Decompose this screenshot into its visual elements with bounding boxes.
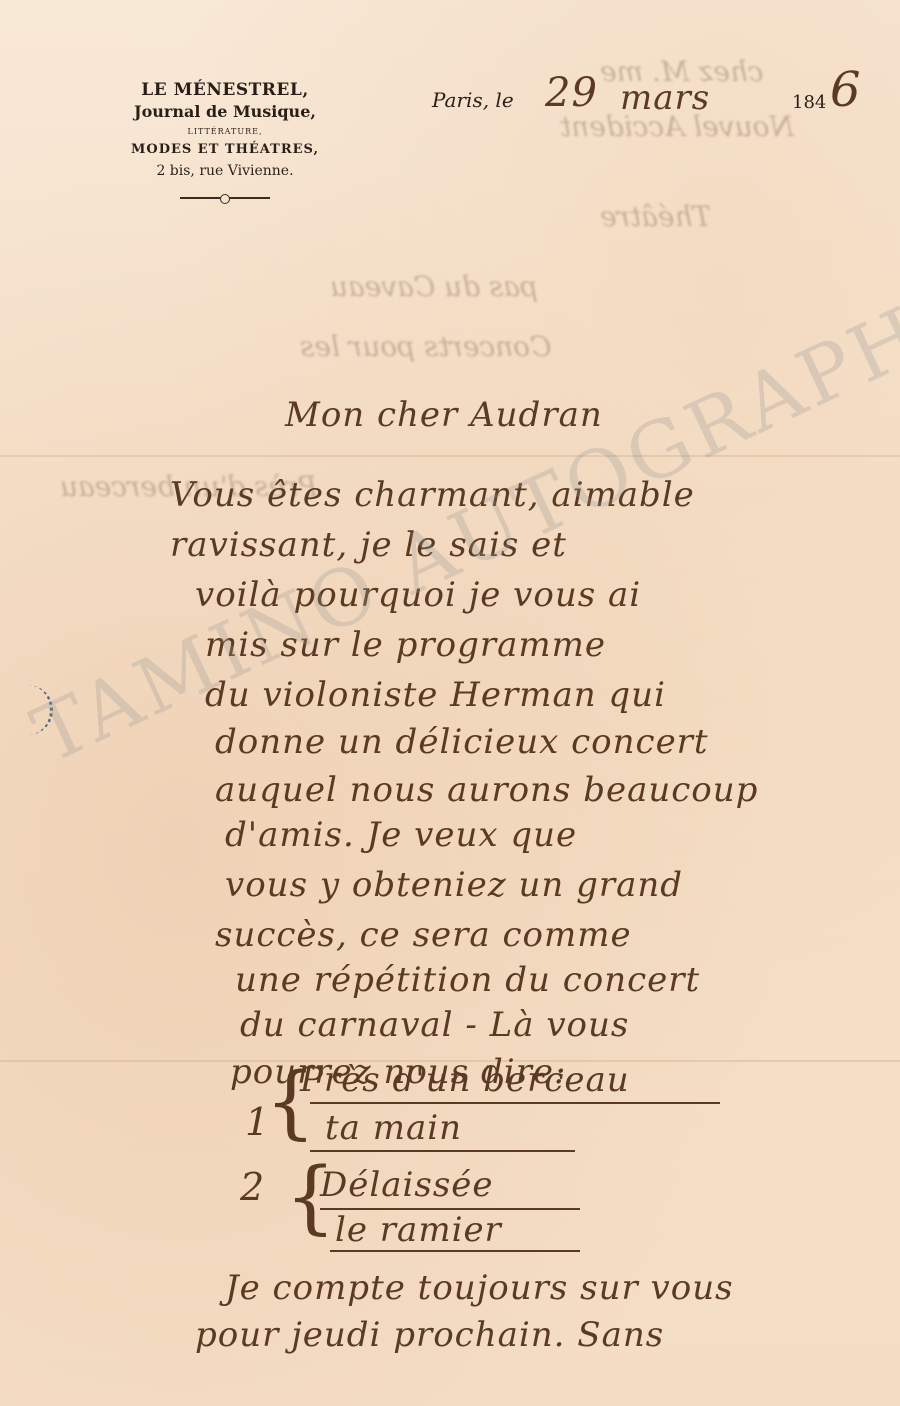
date-place: Paris, le (432, 88, 514, 112)
date-year-printed: 184 (792, 92, 826, 113)
list-2-bottom: le ramier (335, 1210, 502, 1250)
closing-line: Je compte toujours sur vous (225, 1268, 734, 1308)
letter-line: du carnaval - Là vous (240, 1005, 629, 1045)
letter-line: du violoniste Herman qui (205, 675, 666, 715)
letter-line: d'amis. Je veux que (225, 815, 577, 855)
letter-line: donne un délicieux concert (215, 722, 709, 762)
date-month: mars (620, 78, 710, 118)
list-number-2: 2 (240, 1165, 265, 1209)
ornament-divider (180, 197, 270, 199)
list-1-top: Près d'un berceau (300, 1060, 630, 1100)
letterhead-literature: LITTÉRATURE, (110, 127, 340, 136)
letterhead-title: LE MÉNESTREL, (110, 80, 340, 100)
letterhead: LE MÉNESTREL, Journal de Musique, LITTÉR… (110, 80, 340, 199)
bleed-through-text: Théâtre (600, 200, 711, 233)
list-1-rule (310, 1150, 575, 1152)
letter-line: auquel nous aurons beaucoup (215, 770, 758, 810)
bleed-through-text: pas du Caveau (330, 270, 538, 303)
date-year-handwritten: 6 (830, 62, 862, 118)
list-2-top: Délaissée (320, 1165, 494, 1205)
closing-line: pour jeudi prochain. Sans (195, 1315, 664, 1355)
list-2-rule (330, 1250, 580, 1252)
letter-line: une répétition du concert (235, 960, 700, 1000)
list-1-rule (310, 1102, 720, 1104)
paper-fold-line (0, 455, 900, 457)
list-1-bottom: ta main (325, 1108, 462, 1148)
letterhead-modes: MODES ET THÉATRES, (110, 142, 340, 157)
letter-line: vous y obteniez un grand (225, 865, 683, 905)
salutation: Mon cher Audran (285, 395, 603, 435)
bleed-through-text: Concerts pour les (300, 330, 551, 363)
letterhead-subtitle: Journal de Musique, (110, 102, 340, 121)
date-day: 29 (545, 70, 598, 116)
letterhead-address: 2 bis, rue Vivienne. (110, 163, 340, 179)
letter-line: succès, ce sera comme (215, 915, 632, 955)
